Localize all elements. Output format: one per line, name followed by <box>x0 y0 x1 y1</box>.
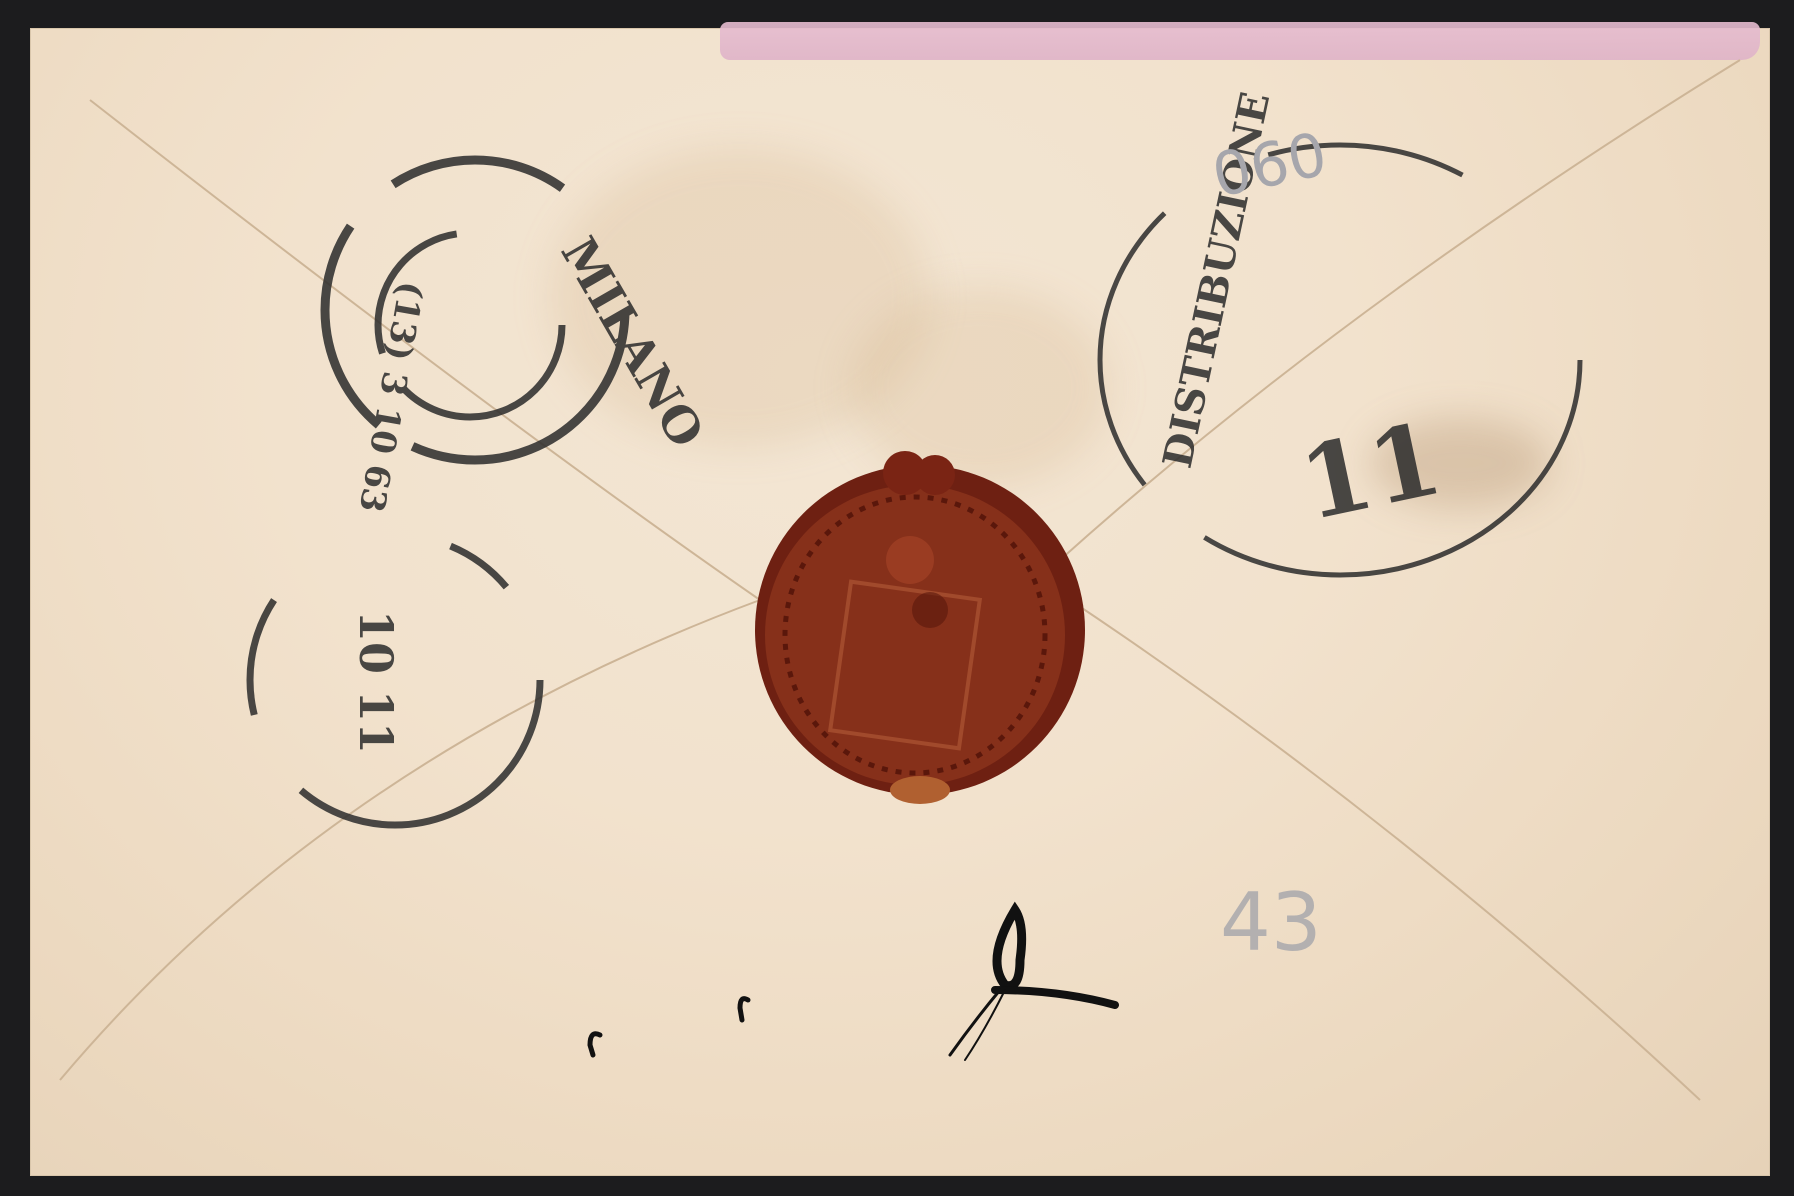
postmark-distribuzione-number: 11 <box>1290 399 1451 543</box>
wax-seal <box>755 451 1085 804</box>
envelope-markings: MILANO (13) 3 10 63 10 11 DISTRIBUZIONE … <box>0 0 1794 1196</box>
postmark-lower-left: 10 11 <box>250 535 540 825</box>
postmark-milano-date: (13) 3 10 63 <box>351 278 431 515</box>
postmark-lower-left-date: 10 11 <box>349 610 403 754</box>
pencil-mark-43: 43 <box>1220 876 1322 969</box>
postmark-milano: MILANO (13) 3 10 63 <box>325 160 714 515</box>
ink-flourish-q <box>590 910 1115 1060</box>
